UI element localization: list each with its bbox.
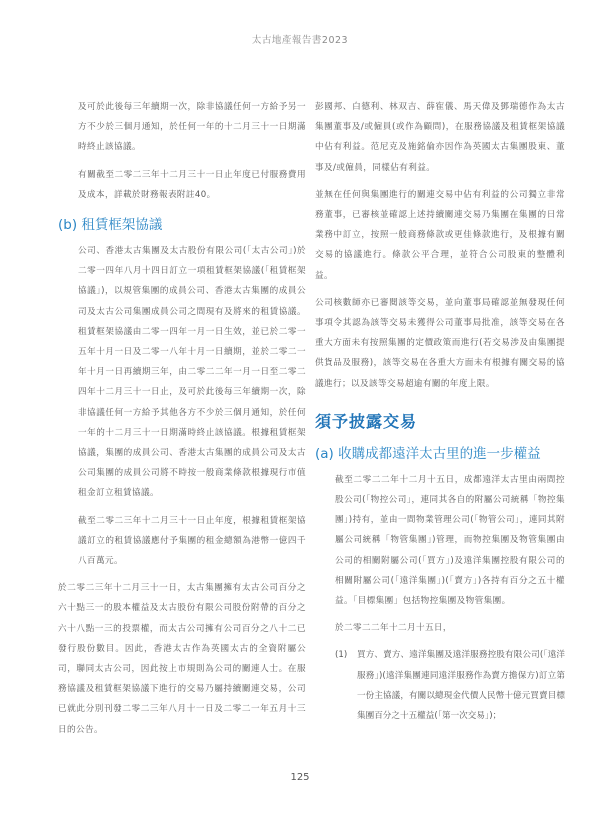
paragraph: 並無在任何與集團進行的關連交易中佔有利益的公司獨立非常務董事，已審核並確認上述持… [315,185,565,286]
right-column: 彭國邦、白德利、林双吉、薛寉儀、馬天偉及鄧瑞德作為太古集團董事及/或僱員(或作為… [315,97,565,726]
item-text: 買方、賣方、遠洋集團及遠洋服務控股有限公司(「遠洋服務」)(遠洋集團連同遠洋服務… [357,645,565,726]
paragraph: 於二零二二年十二月十五日， [315,618,565,638]
section-heading-discloseable-transactions: 須予披露交易 [315,410,565,434]
subheading-lease-framework: (b) 租賃框架協議 [58,215,306,235]
paragraph: 及可於此後每三年續期一次，除非協議任何一方給予另一方不少於三個月通知，於任何一年… [58,97,306,158]
paragraph: 截至二零二二年十二月十五日，成都遠洋太古里由兩間控股公司(「物控公司」，連同其各… [315,470,565,611]
paragraph: 截至二零二三年十二月三十一日止年度，根據租賃框架協議訂立的租賃協議應付予集團的租… [58,511,306,572]
numbered-item: (1) 買方、賣方、遠洋集團及遠洋服務控股有限公司(「遠洋服務」)(遠洋集團連同… [315,645,565,726]
report-header: 太古地產報告書2023 [0,32,600,46]
page-number: 125 [0,772,600,783]
paragraph: 於二零二三年十二月三十一日，太古集團擁有太古公司百分之六十點三一的股本權益及太古… [58,578,306,740]
left-column: 及可於此後每三年續期一次，除非協議任何一方給予另一方不少於三個月通知，於任何一年… [58,97,306,747]
item-number: (1) [335,645,357,726]
paragraph: 公司、香港太古集團及太古股份有限公司(「太古公司」)於二零一四年八月十四日訂立一… [58,241,306,504]
paragraph: 有關截至二零二三年十二月三十一日止年度已付服務費用及成本，詳載於財務報表附註40… [58,165,306,205]
subheading-acquisition: (a) 收購成都遠洋太古里的進一步權益 [315,444,565,464]
paragraph: 公司核數師亦已審閱該等交易，並向董事局確認並無發現任何事項令其認為該等交易未獲得… [315,293,565,394]
paragraph: 彭國邦、白德利、林双吉、薛寉儀、馬天偉及鄧瑞德作為太古集團董事及/或僱員(或作為… [315,97,565,178]
